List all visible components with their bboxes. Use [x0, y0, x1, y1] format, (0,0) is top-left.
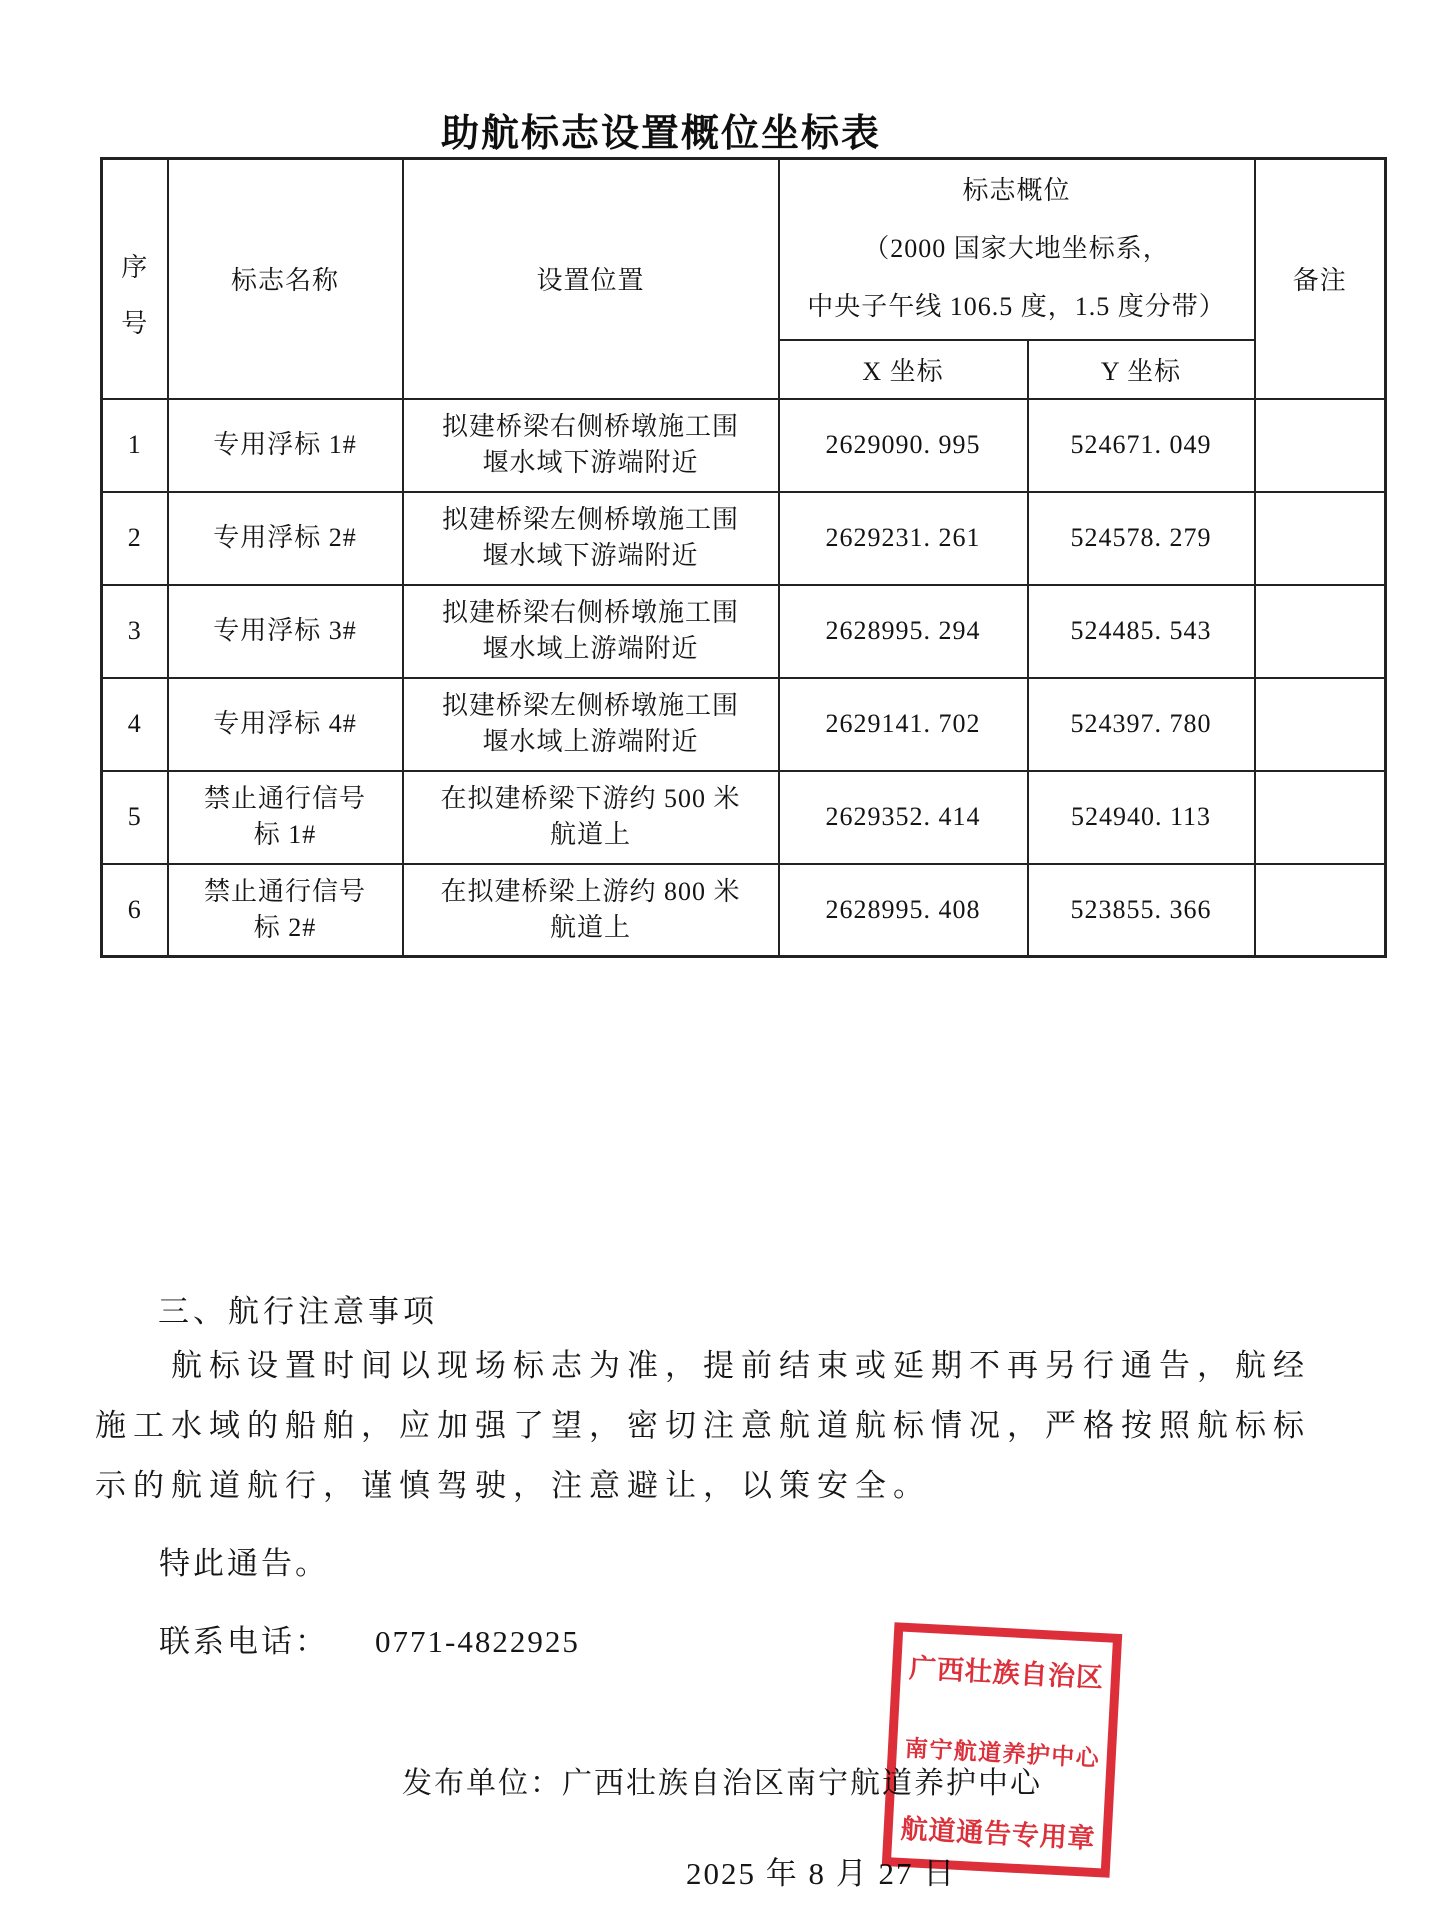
cell-location: 拟建桥梁右侧桥墩施工围 堰水域下游端附近: [403, 399, 779, 492]
notice-paragraph: 航标设置时间以现场标志为准，提前结束或延期不再另行通告，航经 施工水域的船舶，应…: [95, 1336, 1363, 1516]
cell-y-coordinate: 524578. 279: [1028, 492, 1255, 585]
cell-x-coordinate: 2628995. 294: [779, 585, 1028, 678]
location-line-1: 拟建桥梁左侧桥墩施工围: [404, 502, 778, 538]
header-y-coordinate: Y 坐标: [1028, 340, 1255, 399]
stamp-line-2: 南宁航道养护中心: [904, 1729, 1099, 1772]
table-row-3: 3 专用浮标 3# 拟建桥梁右侧桥墩施工围 堰水域上游端附近 2628995. …: [102, 585, 1386, 678]
name-line-2: 标 2#: [169, 910, 402, 946]
header-index-char-2: 号: [121, 296, 148, 352]
name-line-2: 标 1#: [169, 817, 402, 853]
header-position-subtitle-1: （2000 国家大地坐标系，: [780, 220, 1254, 278]
cell-x-coordinate: 2629090. 995: [779, 399, 1028, 492]
name-line-1: 专用浮标 4#: [169, 706, 402, 742]
cell-x-coordinate: 2628995. 408: [779, 864, 1028, 957]
paragraph-line-2: 施工水域的船舶，应加强了望，密切注意航道航标情况，严格按照航标标: [95, 1396, 1363, 1456]
header-position-title: 标志概位: [780, 162, 1254, 220]
document-page: 助航标志设置概位坐标表 序 号 标志名称 设置位置 标志概位 （2000 国家大…: [0, 0, 1442, 1920]
cell-name: 禁止通行信号 标 2#: [168, 864, 403, 957]
page-title: 助航标志设置概位坐标表: [0, 102, 1322, 157]
table-row-4: 4 专用浮标 4# 拟建桥梁左侧桥墩施工围 堰水域上游端附近 2629141. …: [102, 678, 1386, 771]
cell-index: 1: [102, 399, 168, 492]
header-position: 标志概位 （2000 国家大地坐标系， 中央子午线 106.5 度，1.5 度分…: [779, 159, 1255, 340]
paragraph-line-1: 航标设置时间以现场标志为准，提前结束或延期不再另行通告，航经: [95, 1336, 1363, 1396]
cell-y-coordinate: 524940. 113: [1028, 771, 1255, 864]
header-index-char-1: 序: [121, 240, 148, 296]
cell-name: 专用浮标 1#: [168, 399, 403, 492]
cell-x-coordinate: 2629141. 702: [779, 678, 1028, 771]
coordinates-table: 序 号 标志名称 设置位置 标志概位 （2000 国家大地坐标系， 中央子午线 …: [100, 157, 1387, 958]
cell-index: 2: [102, 492, 168, 585]
name-line-1: 专用浮标 2#: [169, 520, 402, 556]
cell-y-coordinate: 524485. 543: [1028, 585, 1255, 678]
location-line-1: 拟建桥梁左侧桥墩施工围: [404, 688, 778, 724]
cell-location: 拟建桥梁左侧桥墩施工围 堰水域上游端附近: [403, 678, 779, 771]
location-line-2: 堰水域下游端附近: [404, 538, 778, 574]
contact-label: 联系电话：: [159, 1624, 329, 1659]
cell-remark: [1255, 492, 1386, 585]
location-line-1: 在拟建桥梁上游约 800 米: [404, 874, 778, 910]
name-line-1: 禁止通行信号: [169, 874, 402, 910]
cell-name: 禁止通行信号 标 1#: [168, 771, 403, 864]
cell-index: 3: [102, 585, 168, 678]
table-row-1: 1 专用浮标 1# 拟建桥梁右侧桥墩施工围 堰水域下游端附近 2629090. …: [102, 399, 1386, 492]
cell-location: 拟建桥梁右侧桥墩施工围 堰水域上游端附近: [403, 585, 779, 678]
cell-location: 在拟建桥梁下游约 500 米 航道上: [403, 771, 779, 864]
name-line-1: 禁止通行信号: [169, 781, 402, 817]
header-x-coordinate: X 坐标: [779, 340, 1028, 399]
contact-phone: 0771-4822925: [375, 1624, 580, 1659]
location-line-2: 堰水域上游端附近: [404, 631, 778, 667]
cell-remark: [1255, 864, 1386, 957]
official-stamp: 广西壮族自治区 南宁航道养护中心 航道通告专用章: [882, 1622, 1122, 1878]
cell-location: 在拟建桥梁上游约 800 米 航道上: [403, 864, 779, 957]
location-line-1: 在拟建桥梁下游约 500 米: [404, 781, 778, 817]
cell-name: 专用浮标 4#: [168, 678, 403, 771]
contact-line: 联系电话：0771-4822925: [159, 1616, 580, 1661]
cell-y-coordinate: 524671. 049: [1028, 399, 1255, 492]
cell-index: 6: [102, 864, 168, 957]
cell-location: 拟建桥梁左侧桥墩施工围 堰水域下游端附近: [403, 492, 779, 585]
cell-remark: [1255, 771, 1386, 864]
paragraph-line-3: 示的航道航行，谨慎驾驶，注意避让，以策安全。: [95, 1456, 1363, 1516]
table-row-6: 6 禁止通行信号 标 2# 在拟建桥梁上游约 800 米 航道上 2628995…: [102, 864, 1386, 957]
header-position-subtitle-2: 中央子午线 106.5 度，1.5 度分带）: [780, 278, 1254, 336]
cell-y-coordinate: 524397. 780: [1028, 678, 1255, 771]
section-heading: 三、航行注意事项: [158, 1286, 438, 1331]
name-line-1: 专用浮标 1#: [169, 427, 402, 463]
cell-x-coordinate: 2629352. 414: [779, 771, 1028, 864]
header-row-1: 序 号 标志名称 设置位置 标志概位 （2000 国家大地坐标系， 中央子午线 …: [102, 159, 1386, 340]
cell-name: 专用浮标 3#: [168, 585, 403, 678]
header-index: 序 号: [102, 159, 168, 399]
cell-index: 4: [102, 678, 168, 771]
cell-y-coordinate: 523855. 366: [1028, 864, 1255, 957]
location-line-2: 航道上: [404, 910, 778, 946]
location-line-2: 堰水域上游端附近: [404, 724, 778, 760]
cell-x-coordinate: 2629231. 261: [779, 492, 1028, 585]
location-line-2: 航道上: [404, 817, 778, 853]
name-line-1: 专用浮标 3#: [169, 613, 402, 649]
location-line-1: 拟建桥梁右侧桥墩施工围: [404, 595, 778, 631]
publisher-label: 发布单位：: [402, 1767, 562, 1800]
cell-index: 5: [102, 771, 168, 864]
table-row-2: 2 专用浮标 2# 拟建桥梁左侧桥墩施工围 堰水域下游端附近 2629231. …: [102, 492, 1386, 585]
location-line-2: 堰水域下游端附近: [404, 445, 778, 481]
location-line-1: 拟建桥梁右侧桥墩施工围: [404, 409, 778, 445]
table-row-5: 5 禁止通行信号 标 1# 在拟建桥梁下游约 500 米 航道上 2629352…: [102, 771, 1386, 864]
cell-remark: [1255, 585, 1386, 678]
header-remark: 备注: [1255, 159, 1386, 399]
stamp-line-3: 航道通告专用章: [900, 1807, 1096, 1856]
header-location: 设置位置: [403, 159, 779, 399]
header-name: 标志名称: [168, 159, 403, 399]
stamp-line-1: 广西壮族自治区: [908, 1646, 1104, 1695]
cell-name: 专用浮标 2#: [168, 492, 403, 585]
cell-remark: [1255, 399, 1386, 492]
notice-closing: 特此通告。: [159, 1538, 329, 1583]
cell-remark: [1255, 678, 1386, 771]
header-index-stack: 序 号: [121, 240, 148, 352]
